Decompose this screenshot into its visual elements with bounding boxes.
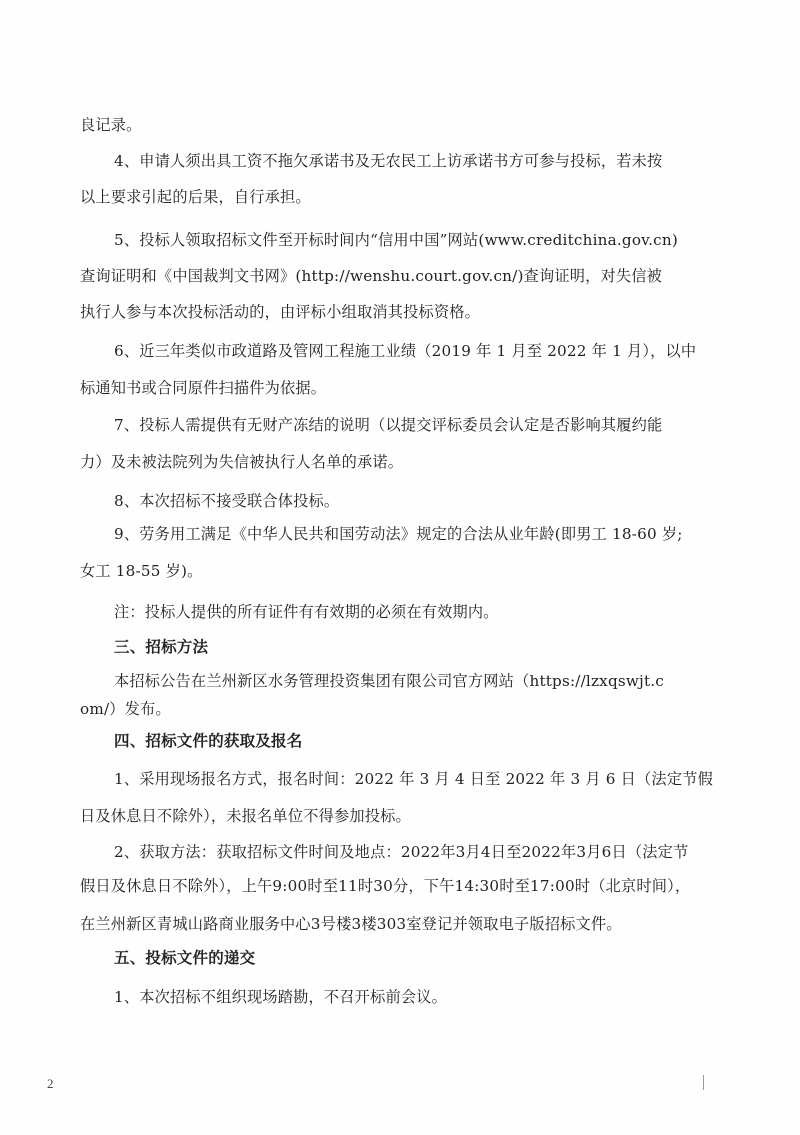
text-line: 标通知书或合同原件扫描件为依据。 [80,378,326,398]
text-line: 1、本次招标不组织现场踏勘，不召开标前会议。 [114,987,447,1007]
text-line: 日及休息日不除外），未报名单位不得参加投标。 [80,806,411,826]
section-heading: 三、招标方法 [114,637,208,657]
text-line: 力）及未被法院列为失信被执行人名单的承诺。 [80,452,403,472]
section-heading: 四、招标文件的获取及报名 [114,731,302,751]
section-heading: 五、投标文件的递交 [114,948,255,968]
text-line: 执行人参与本次投标活动的，由评标小组取消其投标资格。 [80,302,480,322]
text-line: 在兰州新区青城山路商业服务中心3号楼3楼303室登记并领取电子版招标文件。 [80,914,622,934]
text-line: om/）发布。 [80,699,171,719]
text-line: 4、申请人须出具工资不拖欠承诺书及无农民工上访承诺书方可参与投标，若未按 [114,151,662,171]
text-line: 2、获取方法：获取招标文件时间及地点：2022年3月4日至2022年3月6日（法… [114,842,688,862]
text-line: 本招标公告在兰州新区水务管理投资集团有限公司官方网站（https://lzxqs… [114,671,664,691]
text-line: 注：投标人提供的所有证件有有效期的必须在有效期内。 [114,602,499,622]
text-line: 良记录。 [80,115,142,135]
margin-mark [703,1075,704,1090]
text-line: 5、投标人领取招标文件至开标时间内“信用中国”网站(www.creditchin… [114,230,678,250]
text-line: 女工 18-55 岁)。 [80,561,203,581]
text-line: 7、投标人需提供有无财产冻结的说明（以提交评标委员会认定是否影响其履约能 [114,415,662,435]
text-line: 6、近三年类似市政道路及管网工程施工业绩（2019 年 1 月至 2022 年 … [114,341,696,361]
text-line: 假日及休息日不除外），上午9:00时至11时30分，下午14:30时至17:00… [80,876,690,896]
text-line: 以上要求引起的后果，自行承担。 [80,187,311,207]
page-number: 2 [47,1076,54,1092]
text-line: 1、采用现场报名方式，报名时间：2022 年 3 月 4 日至 2022 年 3… [114,769,713,789]
text-line: 9、劳务用工满足《中华人民共和国劳动法》规定的合法从业年龄(即男工 18-60 … [114,524,683,544]
text-line: 查询证明和《中国裁判文书网》(http://wenshu.court.gov.c… [80,266,662,286]
text-line: 8、本次招标不接受联合体投标。 [114,491,339,511]
